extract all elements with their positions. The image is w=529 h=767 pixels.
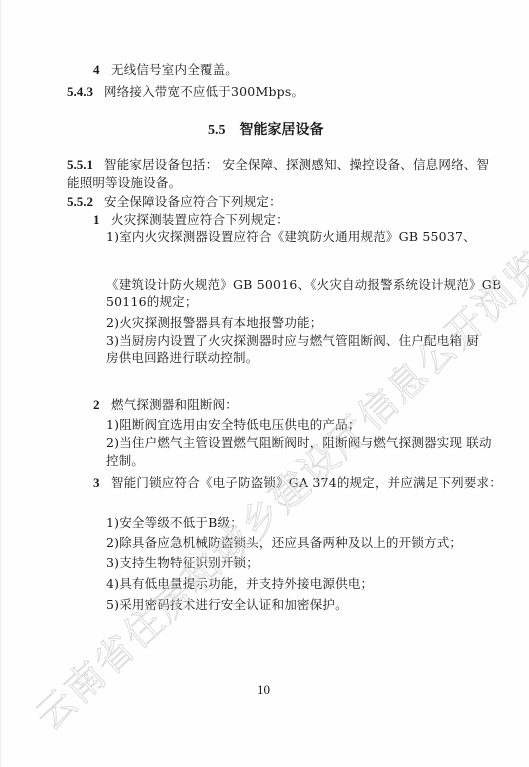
clause-number: 5.4.3 [67, 84, 93, 100]
list-item-text: 燃气探测器和阻断阀： [111, 397, 238, 413]
list-item-text: 智能门锁应符合《电子防盗锁》GA 374的规定，并应满足下列要求： [111, 475, 502, 491]
section-heading: 5.5智能家居设备 [208, 121, 324, 140]
list-number: 1 [93, 212, 100, 228]
sub-item-text: 1)室内火灾探测器设置应符合《建筑防火通用规范》GB 55037、 [106, 229, 476, 245]
list-item-text: 无线信号室内全覆盖。 [111, 62, 238, 78]
list-number: 3 [93, 475, 100, 491]
section-number: 5.5 [208, 123, 226, 138]
clause-text-continued: 能照明等设施设备。 [67, 175, 181, 191]
sub-item-text: 2)当住户燃气主管设置燃气阻断阀时，阻断阀与燃气探测器实现 联动 [106, 435, 492, 451]
sub-item-text: 2)火灾探测报警器具有本地报警功能； [106, 315, 322, 331]
sub-item-text: 3)当厨房内设置了火灾探测器时应与燃气管阻断阀、住户配电箱 厨 [106, 333, 479, 349]
sub-item-text: 2)除具备应急机械防盗锁头，还应具备两种及以上的开锁方式； [106, 535, 462, 551]
clause-number: 5.5.2 [67, 194, 93, 210]
sub-item-text: 4)具有低电量提示功能，并支持外接电源供电； [106, 576, 373, 592]
sub-item-text-continued: 房供电回路进行联动控制。 [106, 350, 258, 366]
sub-item-text: 1)阻断阀宜选用由安全特低电压供电的产品； [106, 417, 361, 433]
sub-item-text-continued: 《建筑设计防火规范》GB 50016、《火灾自动报警系统设计规范》GB [106, 277, 501, 293]
sub-item-text: 3)支持生物特征识别开锁； [106, 555, 259, 571]
clause-text: 智能家居设备包括： 安全保障、探测感知、操控设备、信息网络、智 [104, 157, 489, 173]
sub-item-text: 5)采用密码技术进行安全认证和加密保护。 [106, 597, 348, 613]
sub-item-text: 1)安全等级不低于B级； [106, 515, 243, 531]
clause-text: 网络接入带宽不应低于300Mbps。 [104, 84, 304, 100]
list-item-text: 火灾探测装置应符合下列规定： [111, 212, 289, 228]
clause-text: 安全保障设备应符合下列规定： [104, 194, 282, 210]
section-title: 智能家居设备 [240, 122, 324, 138]
clause-number: 5.5.1 [67, 157, 93, 173]
sub-item-text-continued: 50116的规定； [106, 294, 198, 310]
list-number: 2 [93, 397, 100, 413]
document-page: 4 无线信号室内全覆盖。 5.4.3 网络接入带宽不应低于300Mbps。 5.… [0, 0, 529, 767]
page-number: 10 [257, 682, 270, 698]
sub-item-text-continued: 控制。 [106, 453, 144, 469]
list-number: 4 [93, 62, 100, 78]
